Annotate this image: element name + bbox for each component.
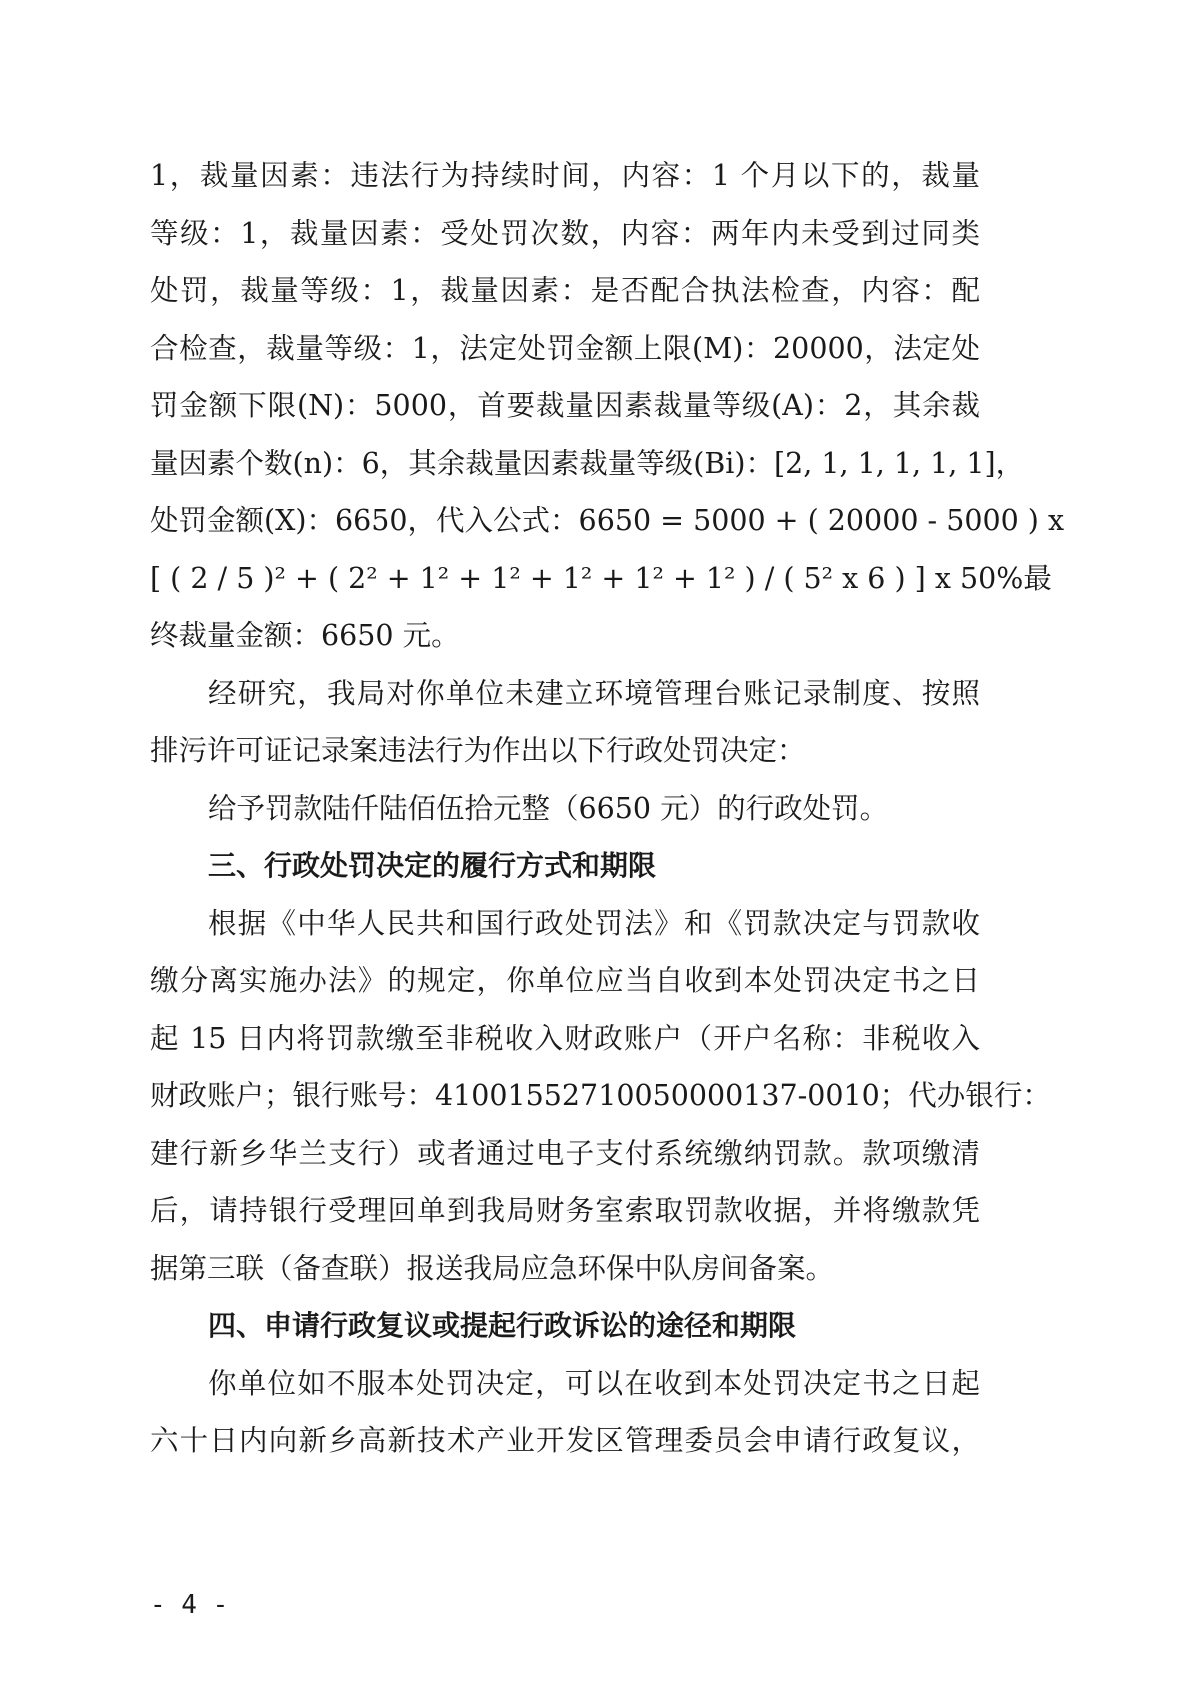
document-page: 1，裁量因素：违法行为持续时间，内容：1 个月以下的，裁量 等级：1，裁量因素：… bbox=[0, 0, 1190, 1684]
paragraph-line: 你单位如不服本处罚决定，可以在收到本处罚决定书之日起 bbox=[150, 1355, 980, 1413]
paragraph-line: 建行新乡华兰支行）或者通过电子支付系统缴纳罚款。款项缴清 bbox=[150, 1125, 980, 1183]
formula-line: [ ( 2 / 5 )² + ( 2² + 1² + 1² + 1² + 1² … bbox=[150, 550, 980, 608]
paragraph-line: 六十日内向新乡高新技术产业开发区管理委员会申请行政复议， bbox=[150, 1412, 980, 1470]
paragraph-line: 排污许可证记录案违法行为作出以下行政处罚决定： bbox=[150, 722, 980, 780]
section-heading-4: 四、申请行政复议或提起行政诉讼的途径和期限 bbox=[150, 1297, 980, 1355]
paragraph-line: 处罚金额(X)：6650，代入公式：6650 = 5000 + ( 20000 … bbox=[150, 492, 980, 550]
paragraph-line: 终裁量金额：6650 元。 bbox=[150, 607, 980, 665]
paragraph-line: 等级：1，裁量因素：受处罚次数，内容：两年内未受到过同类 bbox=[150, 205, 980, 263]
document-body: 1，裁量因素：违法行为持续时间，内容：1 个月以下的，裁量 等级：1，裁量因素：… bbox=[150, 147, 980, 1470]
page-number: - 4 - bbox=[150, 1585, 228, 1625]
section-heading-3: 三、行政处罚决定的履行方式和期限 bbox=[150, 837, 980, 895]
paragraph-line: 缴分离实施办法》的规定，你单位应当自收到本处罚决定书之日 bbox=[150, 952, 980, 1010]
penalty-decision-line: 给予罚款陆仟陆佰伍拾元整（6650 元）的行政处罚。 bbox=[150, 780, 980, 838]
paragraph-line: 量因素个数(n)：6，其余裁量因素裁量等级(Bi)：[2, 1, 1, 1, 1… bbox=[150, 435, 980, 493]
paragraph-line: 合检查，裁量等级：1，法定处罚金额上限(M)：20000，法定处 bbox=[150, 320, 980, 378]
paragraph-line: 根据《中华人民共和国行政处罚法》和《罚款决定与罚款收 bbox=[150, 895, 980, 953]
paragraph-line: 罚金额下限(N)：5000，首要裁量因素裁量等级(A)：2，其余裁 bbox=[150, 377, 980, 435]
paragraph-line: 经研究，我局对你单位未建立环境管理台账记录制度、按照 bbox=[150, 665, 980, 723]
paragraph-line: 处罚，裁量等级：1，裁量因素：是否配合执法检查，内容：配 bbox=[150, 262, 980, 320]
bank-account-line: 财政账户；银行账号：41001552710050000137-0010；代办银行… bbox=[150, 1067, 980, 1125]
paragraph-line: 据第三联（备查联）报送我局应急环保中队房间备案。 bbox=[150, 1240, 980, 1298]
paragraph-line: 后，请持银行受理回单到我局财务室索取罚款收据，并将缴款凭 bbox=[150, 1182, 980, 1240]
paragraph-line: 起 15 日内将罚款缴至非税收入财政账户（开户名称：非税收入 bbox=[150, 1010, 980, 1068]
paragraph-line: 1，裁量因素：违法行为持续时间，内容：1 个月以下的，裁量 bbox=[150, 147, 980, 205]
